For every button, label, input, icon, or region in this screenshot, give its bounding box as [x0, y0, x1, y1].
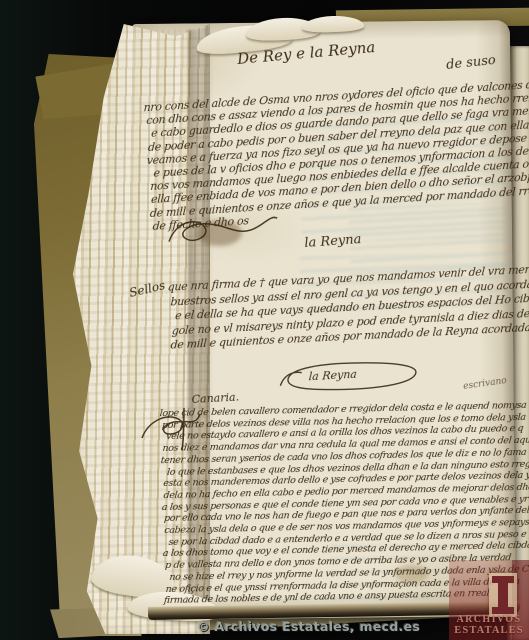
column-monogram-icon [492, 607, 514, 614]
archives-stamp: ARCHIVOS ESTATALES [449, 560, 529, 640]
rubric-cartouche: la Reyna [277, 352, 427, 402]
stamp-text-estatales: ESTATALES [449, 625, 529, 636]
archive-photo: De Rey e la Reyna de suso nro cons del a… [0, 0, 529, 640]
stamp-text-archivos: ARCHIVOS [449, 614, 529, 625]
column-monogram-icon [492, 576, 514, 583]
paragraph-royal-letter: nro cons del alcde de Osma vno nros oydo… [144, 79, 527, 233]
column-monogram-icon [498, 583, 508, 607]
stamp-monogram-box [489, 573, 517, 617]
rubric-la-reyna: la Reyna [308, 368, 357, 384]
watermark-text: © Archivos Estatales, mecd.es [197, 619, 420, 634]
